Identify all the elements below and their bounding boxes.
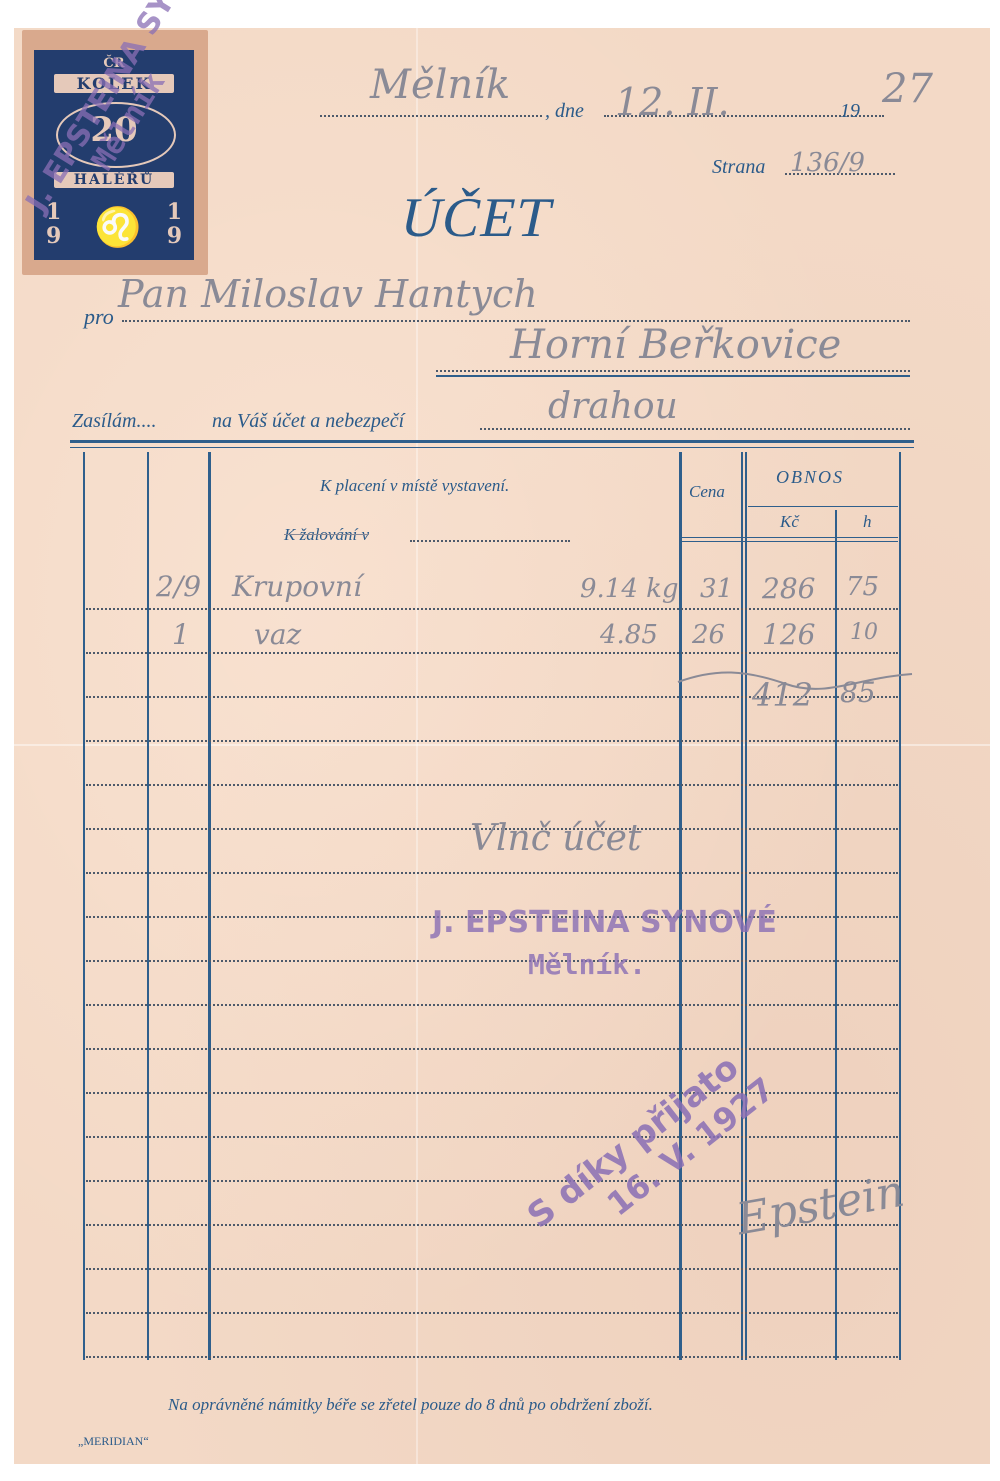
lion-icon: ♌ xyxy=(94,202,134,252)
row-price: 26 xyxy=(692,620,725,650)
shipping-method-handwritten: drahou xyxy=(548,386,678,427)
row-dotted-line xyxy=(86,1180,898,1182)
row-dotted-line xyxy=(86,1312,898,1314)
col-header-price: Cena xyxy=(689,482,725,502)
page-handwritten: 136/9 xyxy=(790,148,865,178)
row-dotted-line xyxy=(86,1004,898,1006)
row-dotted-line xyxy=(86,608,898,610)
row-dotted-line xyxy=(86,740,898,742)
recipient-name-handwritten: Pan Miloslav Hantych xyxy=(118,272,538,316)
handwritten-note: Vlnč účet xyxy=(470,818,641,859)
row-col2: 2/9 xyxy=(156,570,201,603)
row-amount-kc: 286 xyxy=(762,572,815,605)
row-amount-h: 75 xyxy=(846,572,879,602)
place-dotted-line xyxy=(320,115,542,117)
row-dotted-line xyxy=(86,872,898,874)
stamp-year-right: 19 xyxy=(167,200,182,248)
row-description: vaz xyxy=(254,618,301,651)
shipping-risk-label: na Váš účet a nebezpečí xyxy=(212,410,404,433)
row-dotted-line xyxy=(86,652,898,654)
recipient-place-dotted-line xyxy=(436,370,910,372)
paper-fold-horizontal xyxy=(14,744,990,746)
row-amount-kc: 126 xyxy=(762,618,815,651)
page-label: Strana xyxy=(712,156,765,179)
row-dotted-line xyxy=(86,1136,898,1138)
row-dotted-line xyxy=(86,1356,898,1358)
row-dotted-line xyxy=(86,784,898,786)
date-label: , dne xyxy=(545,100,584,123)
recipient-label: pro xyxy=(84,304,114,330)
amount-subheader-rule xyxy=(748,506,898,507)
table-top-rule xyxy=(70,440,914,443)
court-dotted-line xyxy=(410,540,570,542)
date-handwritten: 12. II. xyxy=(615,80,730,124)
shipping-dotted-line xyxy=(480,428,910,430)
price-header-rule-1 xyxy=(682,537,898,538)
printer-mark: „MERIDIAN“ xyxy=(78,1434,149,1449)
company-stamp-line2: Mělník. xyxy=(528,948,646,981)
col-line-7 xyxy=(899,452,901,1360)
col-line-1 xyxy=(83,452,85,1360)
row-price: 31 xyxy=(700,574,733,604)
row-dotted-line xyxy=(86,1048,898,1050)
recipient-place-rule xyxy=(436,375,910,377)
col-header-kc: Kč xyxy=(780,512,799,532)
payment-place-note: K placení v místě vystavení. xyxy=(320,476,509,496)
col-header-h: h xyxy=(863,512,872,532)
total-amount-kc: 412 xyxy=(752,676,813,714)
total-amount-h: 85 xyxy=(840,676,876,709)
row-dotted-line xyxy=(86,960,898,962)
footer-notice: Na oprávněné námitky béře se zřetel pouz… xyxy=(168,1395,653,1415)
row-amount-h: 10 xyxy=(850,620,878,645)
year-handwritten: 27 xyxy=(882,66,933,112)
col-header-amount: OBNOS xyxy=(776,467,844,488)
row-quantity: 9.14 kg xyxy=(580,574,679,604)
shipping-label: Zasílám.... xyxy=(72,410,156,433)
table-top-rule-thin xyxy=(70,447,914,448)
court-note: K žalování v xyxy=(284,525,369,545)
company-stamp-line1: J. EPSTEINA SYNOVÉ xyxy=(432,905,777,940)
price-header-rule-2 xyxy=(682,541,898,542)
row-col2: 1 xyxy=(172,618,190,651)
row-description: Krupovní xyxy=(232,570,362,603)
row-dotted-line xyxy=(86,1268,898,1270)
invoice-title: ÚČET xyxy=(395,186,559,250)
year-label: 19 xyxy=(840,100,860,123)
recipient-place-handwritten: Horní Beřkovice xyxy=(510,322,841,368)
place-handwritten: Mělník xyxy=(370,62,510,108)
col-line-6 xyxy=(835,510,837,1360)
row-quantity: 4.85 xyxy=(600,620,658,650)
